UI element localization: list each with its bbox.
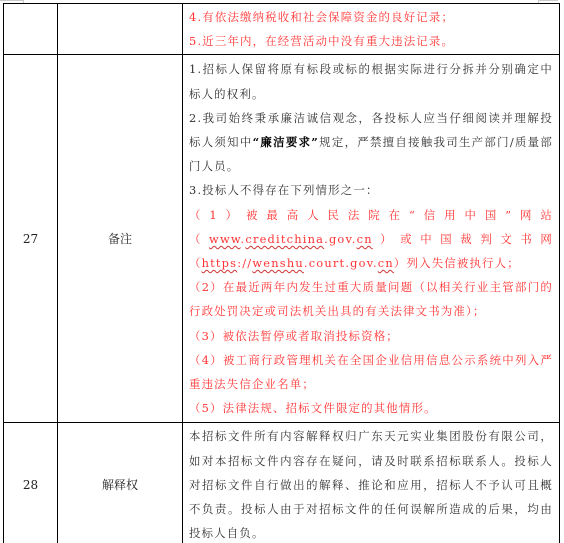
remark-paragraph-3: 3.投标人不得存在下列情形之一：: [189, 178, 553, 202]
interpretation-content-cell: 本招标文件所有内容解释权归广东天元实业集团股份有限公司，如对本招标文件内容存在疑…: [183, 423, 560, 543]
exclusion-item-2: （2）在最近两年内发生过重大质量问题（以相关行业主管部门的行政处罚决定或司法机关…: [189, 275, 553, 323]
creditchina-url-cn[interactable]: cn: [357, 232, 373, 246]
table-row-27: 27 备注 1.招标人保留将原有标段或标的根据实际进行分拆并分别确定中标人的权利…: [4, 55, 560, 423]
wenshu-url-scheme[interactable]: https: [202, 256, 238, 270]
interpretation-content: 本招标文件所有内容解释权归广东天元实业集团股份有限公司，如对本招标文件内容存在疑…: [183, 423, 559, 543]
row-item-remarks: 备注: [58, 55, 183, 423]
item-cell: [58, 4, 183, 55]
table-row-28: 28 解释权 本招标文件所有内容解释权归广东天元实业集团股份有限公司，如对本招标…: [4, 423, 560, 543]
row-number-28: 28: [4, 423, 58, 543]
content-cell: 4.有依法缴纳税收和社会保障资金的良好记录； 5.近三年内，在经营活动中没有重大…: [183, 4, 560, 55]
row-item-interpretation-right: 解释权: [58, 423, 183, 543]
qualification-item-5: 5.近三年内，在经营活动中没有重大违法记录。: [189, 29, 553, 53]
exclusion-1-text-end: ）列入失信被执行人；: [394, 256, 520, 270]
qualification-list-continued: 4.有依法缴纳税收和社会保障资金的良好记录； 5.近三年内，在经营活动中没有重大…: [183, 4, 559, 54]
qualification-item-4: 4.有依法缴纳税收和社会保障资金的良好记录；: [189, 5, 553, 29]
row-number-27: 27: [4, 55, 58, 423]
wenshu-url-cn[interactable]: cn: [378, 256, 394, 270]
remarks-content-cell: 1.招标人保留将原有标段或标的根据实际进行分拆并分别确定中标人的权利。 2.我司…: [183, 55, 560, 423]
remarks-content: 1.招标人保留将原有标段或标的根据实际进行分拆并分别确定中标人的权利。 2.我司…: [183, 56, 559, 421]
page-corner-mark-left: [0, 0, 24, 1]
exclusion-item-3: （3）被依法暂停或者取消投标资格；: [189, 324, 553, 348]
page-corner-mark-right: [538, 0, 558, 1]
creditchina-url-tld[interactable]: .gov.: [324, 232, 356, 246]
creditchina-url-www[interactable]: www: [209, 232, 241, 246]
wenshu-url-domain[interactable]: wenshu: [252, 256, 304, 270]
exclusion-item-1: （1）被最高人民法院在“信用中国”网站（www.creditchina.gov.…: [189, 203, 553, 276]
exclusion-item-4: （4）被工商行政管理机关在全国企业信用信息公示系统中列入严重违法失信企业名单；: [189, 348, 553, 396]
remark-paragraph-2: 2.我司始终秉承廉洁诚信观念，各投标人应当仔细阅读并理解投标人须知中“廉洁要求”…: [189, 106, 553, 179]
wenshu-url-tld[interactable]: .court.gov.: [304, 256, 378, 270]
table-row-continued: 4.有依法缴纳税收和社会保障资金的良好记录； 5.近三年内，在经营活动中没有重大…: [4, 4, 560, 55]
tender-requirements-table: 4.有依法缴纳税收和社会保障资金的良好记录； 5.近三年内，在经营活动中没有重大…: [3, 3, 560, 543]
wenshu-url-separator[interactable]: ://: [237, 256, 252, 270]
remark-paragraph-1: 1.招标人保留将原有标段或标的根据实际进行分拆并分别确定中标人的权利。: [189, 57, 553, 105]
integrity-requirements-emphasis: “廉洁要求”: [253, 135, 319, 149]
exclusion-item-5: （5）法律法规、招标文件限定的其他情形。: [189, 396, 553, 420]
creditchina-url-domain[interactable]: creditchina: [245, 232, 324, 246]
number-cell: [4, 4, 58, 55]
